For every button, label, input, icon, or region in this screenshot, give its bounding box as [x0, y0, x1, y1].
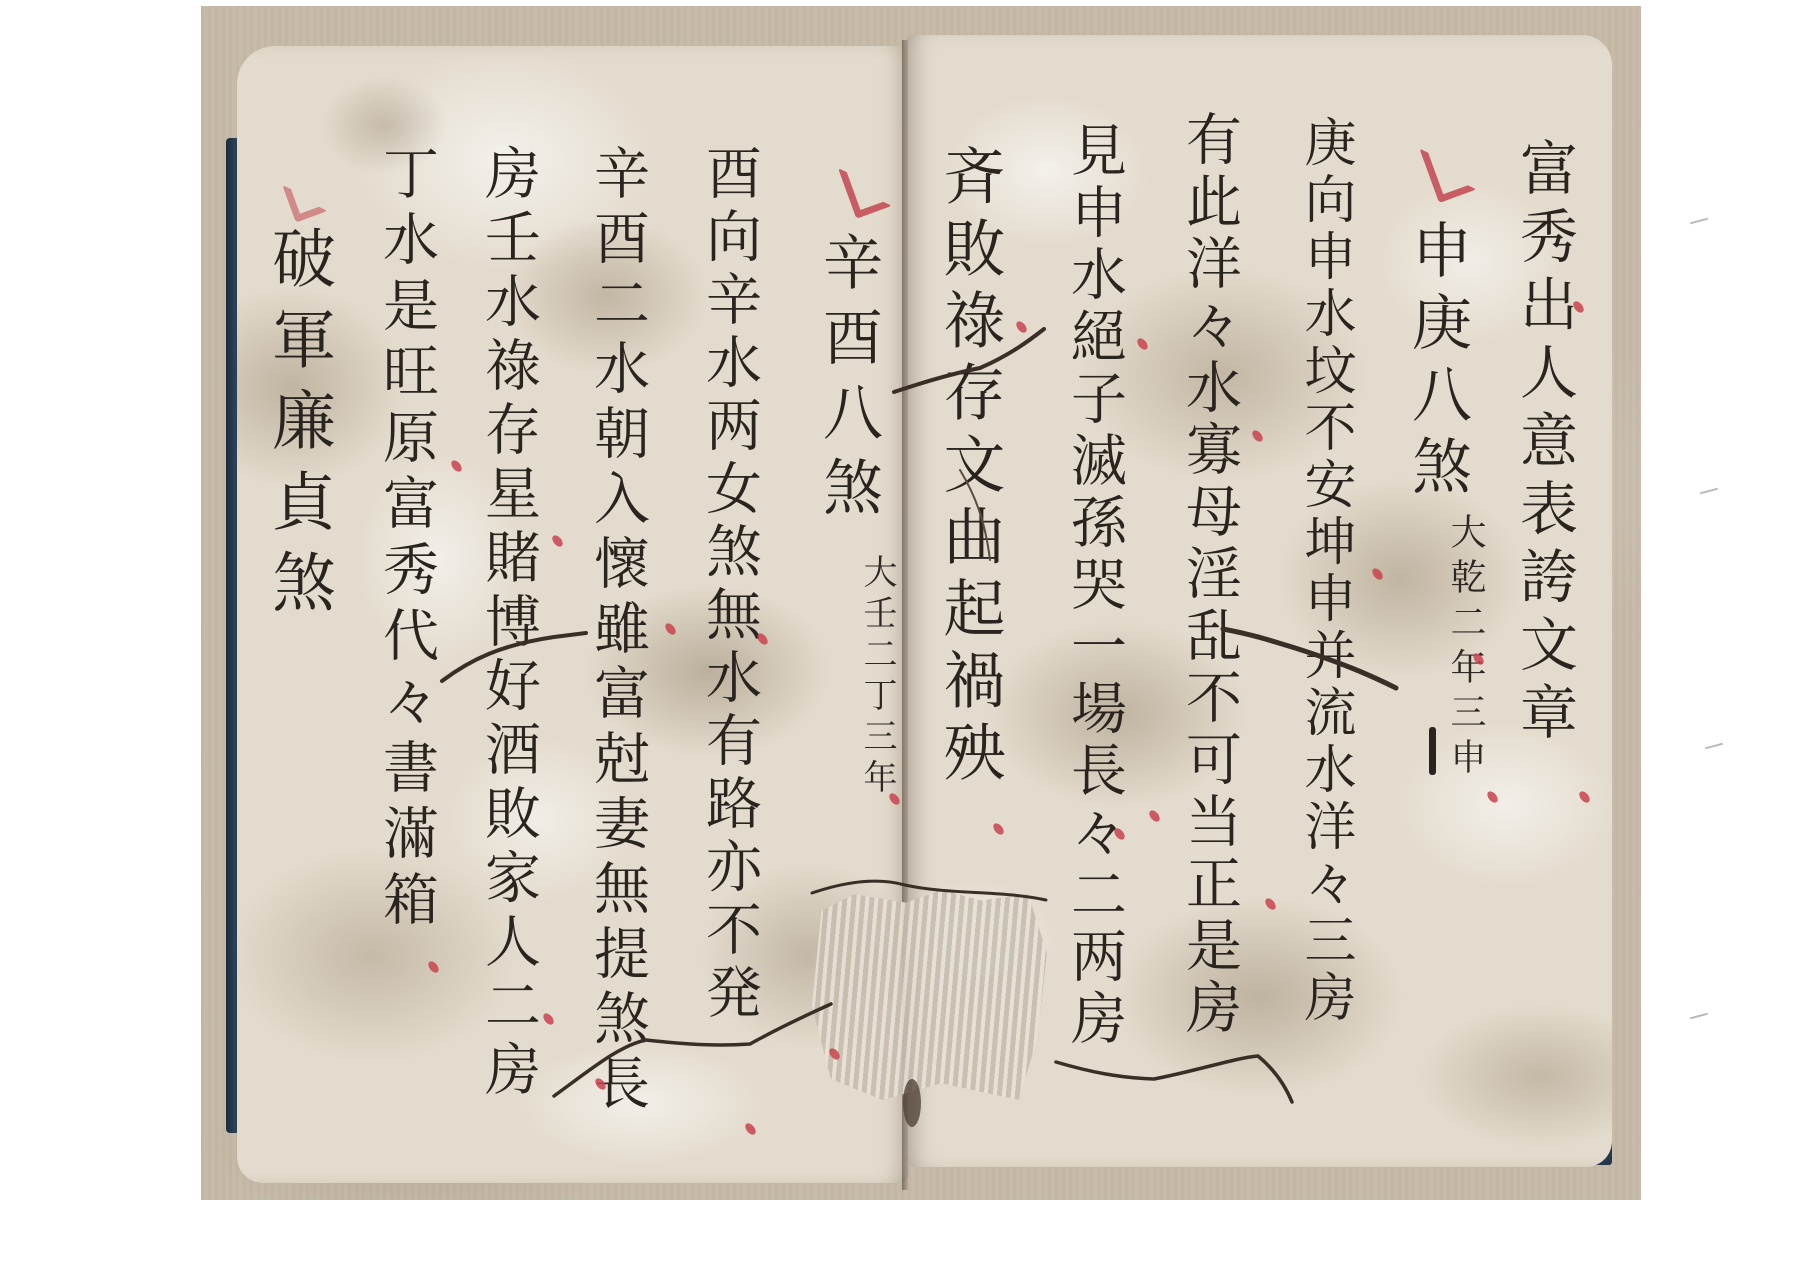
left-col-4: 房壬水祿存星賭博好酒敗家人二房 — [480, 144, 536, 1104]
left-col-6-heading: 破軍廉貞煞 — [266, 225, 330, 630]
left-col-1-heading: 辛酉八煞 — [818, 231, 878, 531]
scan-artifact — [1705, 743, 1723, 750]
scan-artifact — [1690, 218, 1708, 225]
scan-artifact — [1690, 1013, 1708, 1020]
right-col-2-heading: 申庚八煞 — [1407, 219, 1467, 507]
ink-stroke-mark — [1429, 727, 1436, 775]
right-col-5: 見申水絕子滅孫哭一場長々二两房 — [1066, 121, 1122, 1051]
right-col-2-annotation: 大乾二年三申 — [1447, 513, 1483, 783]
left-col-2: 酉向辛水两女煞無水有路亦不発 — [701, 144, 757, 1026]
right-col-1-title: 富秀出人意表誇文章 — [1515, 138, 1573, 750]
torn-paper-damage — [812, 890, 1047, 1100]
left-col-5: 丁水是旺原富秀代々書滿箱 — [378, 144, 434, 936]
right-col-6: 斉敗祿存文曲起禍殃 — [938, 144, 1000, 792]
right-col-4: 有此洋々水寡母淫乱不可当正是房 — [1181, 110, 1237, 1040]
right-col-3: 庚向申水坟不安坤申并流水洋々三房 — [1299, 115, 1351, 1027]
left-page — [237, 46, 909, 1183]
scan-artifact — [1700, 488, 1718, 495]
left-col-3: 辛酉二水朝入懷雖富尅妻無提煞長 — [589, 144, 645, 1119]
left-col-1-annotation: 大壬二丁三年 — [860, 554, 894, 800]
